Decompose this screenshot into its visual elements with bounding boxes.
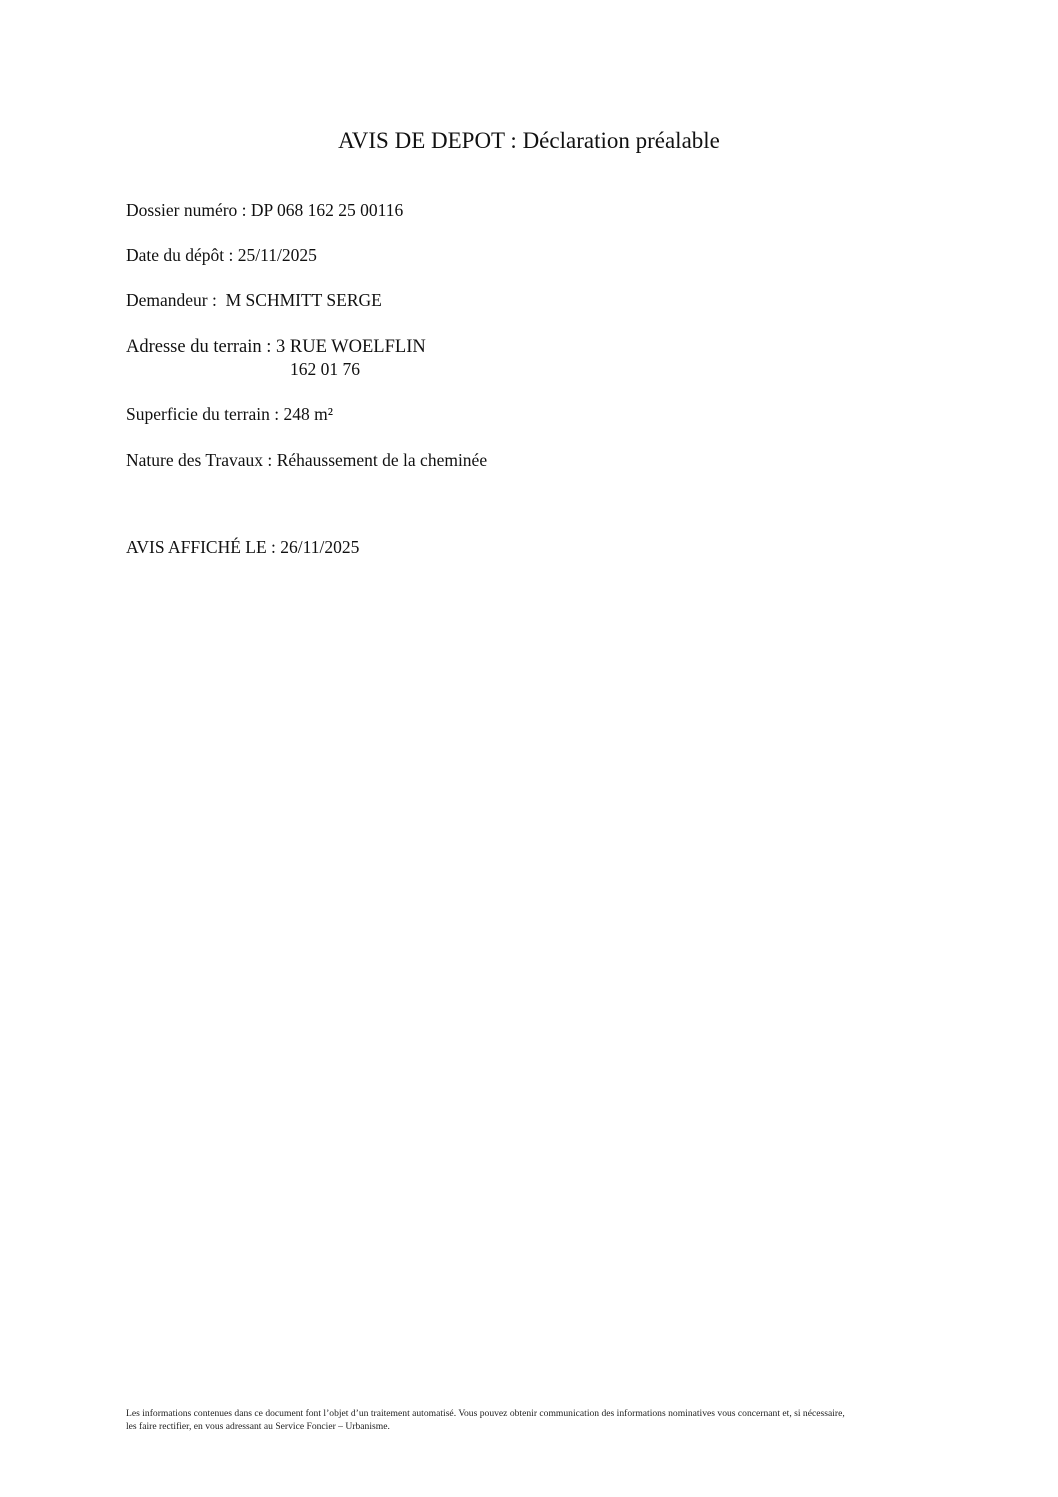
deposit-date-field: Date du dépôt : 25/11/2025 [126, 244, 317, 266]
applicant-label: Demandeur : [126, 290, 226, 310]
works-nature-field: Nature des Travaux : Réhaussement de la … [126, 449, 487, 471]
dossier-number-value: DP 068 162 25 00116 [251, 200, 403, 220]
land-area-field: Superficie du terrain : 248 m² [126, 403, 333, 425]
applicant-value: M SCHMITT SERGE [226, 290, 382, 310]
land-address-field: Adresse du terrain : 3 RUE WOELFLIN [126, 336, 426, 358]
land-address-label: Adresse du terrain : [126, 337, 276, 357]
works-nature-value: Réhaussement de la cheminée [277, 450, 487, 470]
land-address-value: 3 RUE WOELFLIN [276, 337, 426, 357]
dossier-number-field: Dossier numéro : DP 068 162 25 00116 [126, 199, 403, 221]
deposit-date-label: Date du dépôt : [126, 245, 238, 265]
dossier-number-label: Dossier numéro : [126, 200, 251, 220]
privacy-footer: Les informations contenues dans ce docum… [126, 1407, 936, 1433]
page-title: AVIS DE DEPOT : Déclaration préalable [0, 126, 1058, 156]
works-nature-label: Nature des Travaux : [126, 450, 277, 470]
footer-line-1: Les informations contenues dans ce docum… [126, 1407, 936, 1420]
posted-date-value: 26/11/2025 [280, 537, 359, 557]
footer-line-2: les faire rectifier, en vous adressant a… [126, 1420, 936, 1433]
land-area-label: Superficie du terrain : [126, 404, 283, 424]
applicant-field: Demandeur : M SCHMITT SERGE [126, 289, 382, 311]
posted-date-field: AVIS AFFICHÉ LE : 26/11/2025 [126, 536, 359, 558]
deposit-date-value: 25/11/2025 [238, 245, 317, 265]
land-address-line2: 162 01 76 [290, 358, 360, 380]
posted-date-label: AVIS AFFICHÉ LE : [126, 537, 280, 557]
land-area-value: 248 m² [283, 404, 332, 424]
